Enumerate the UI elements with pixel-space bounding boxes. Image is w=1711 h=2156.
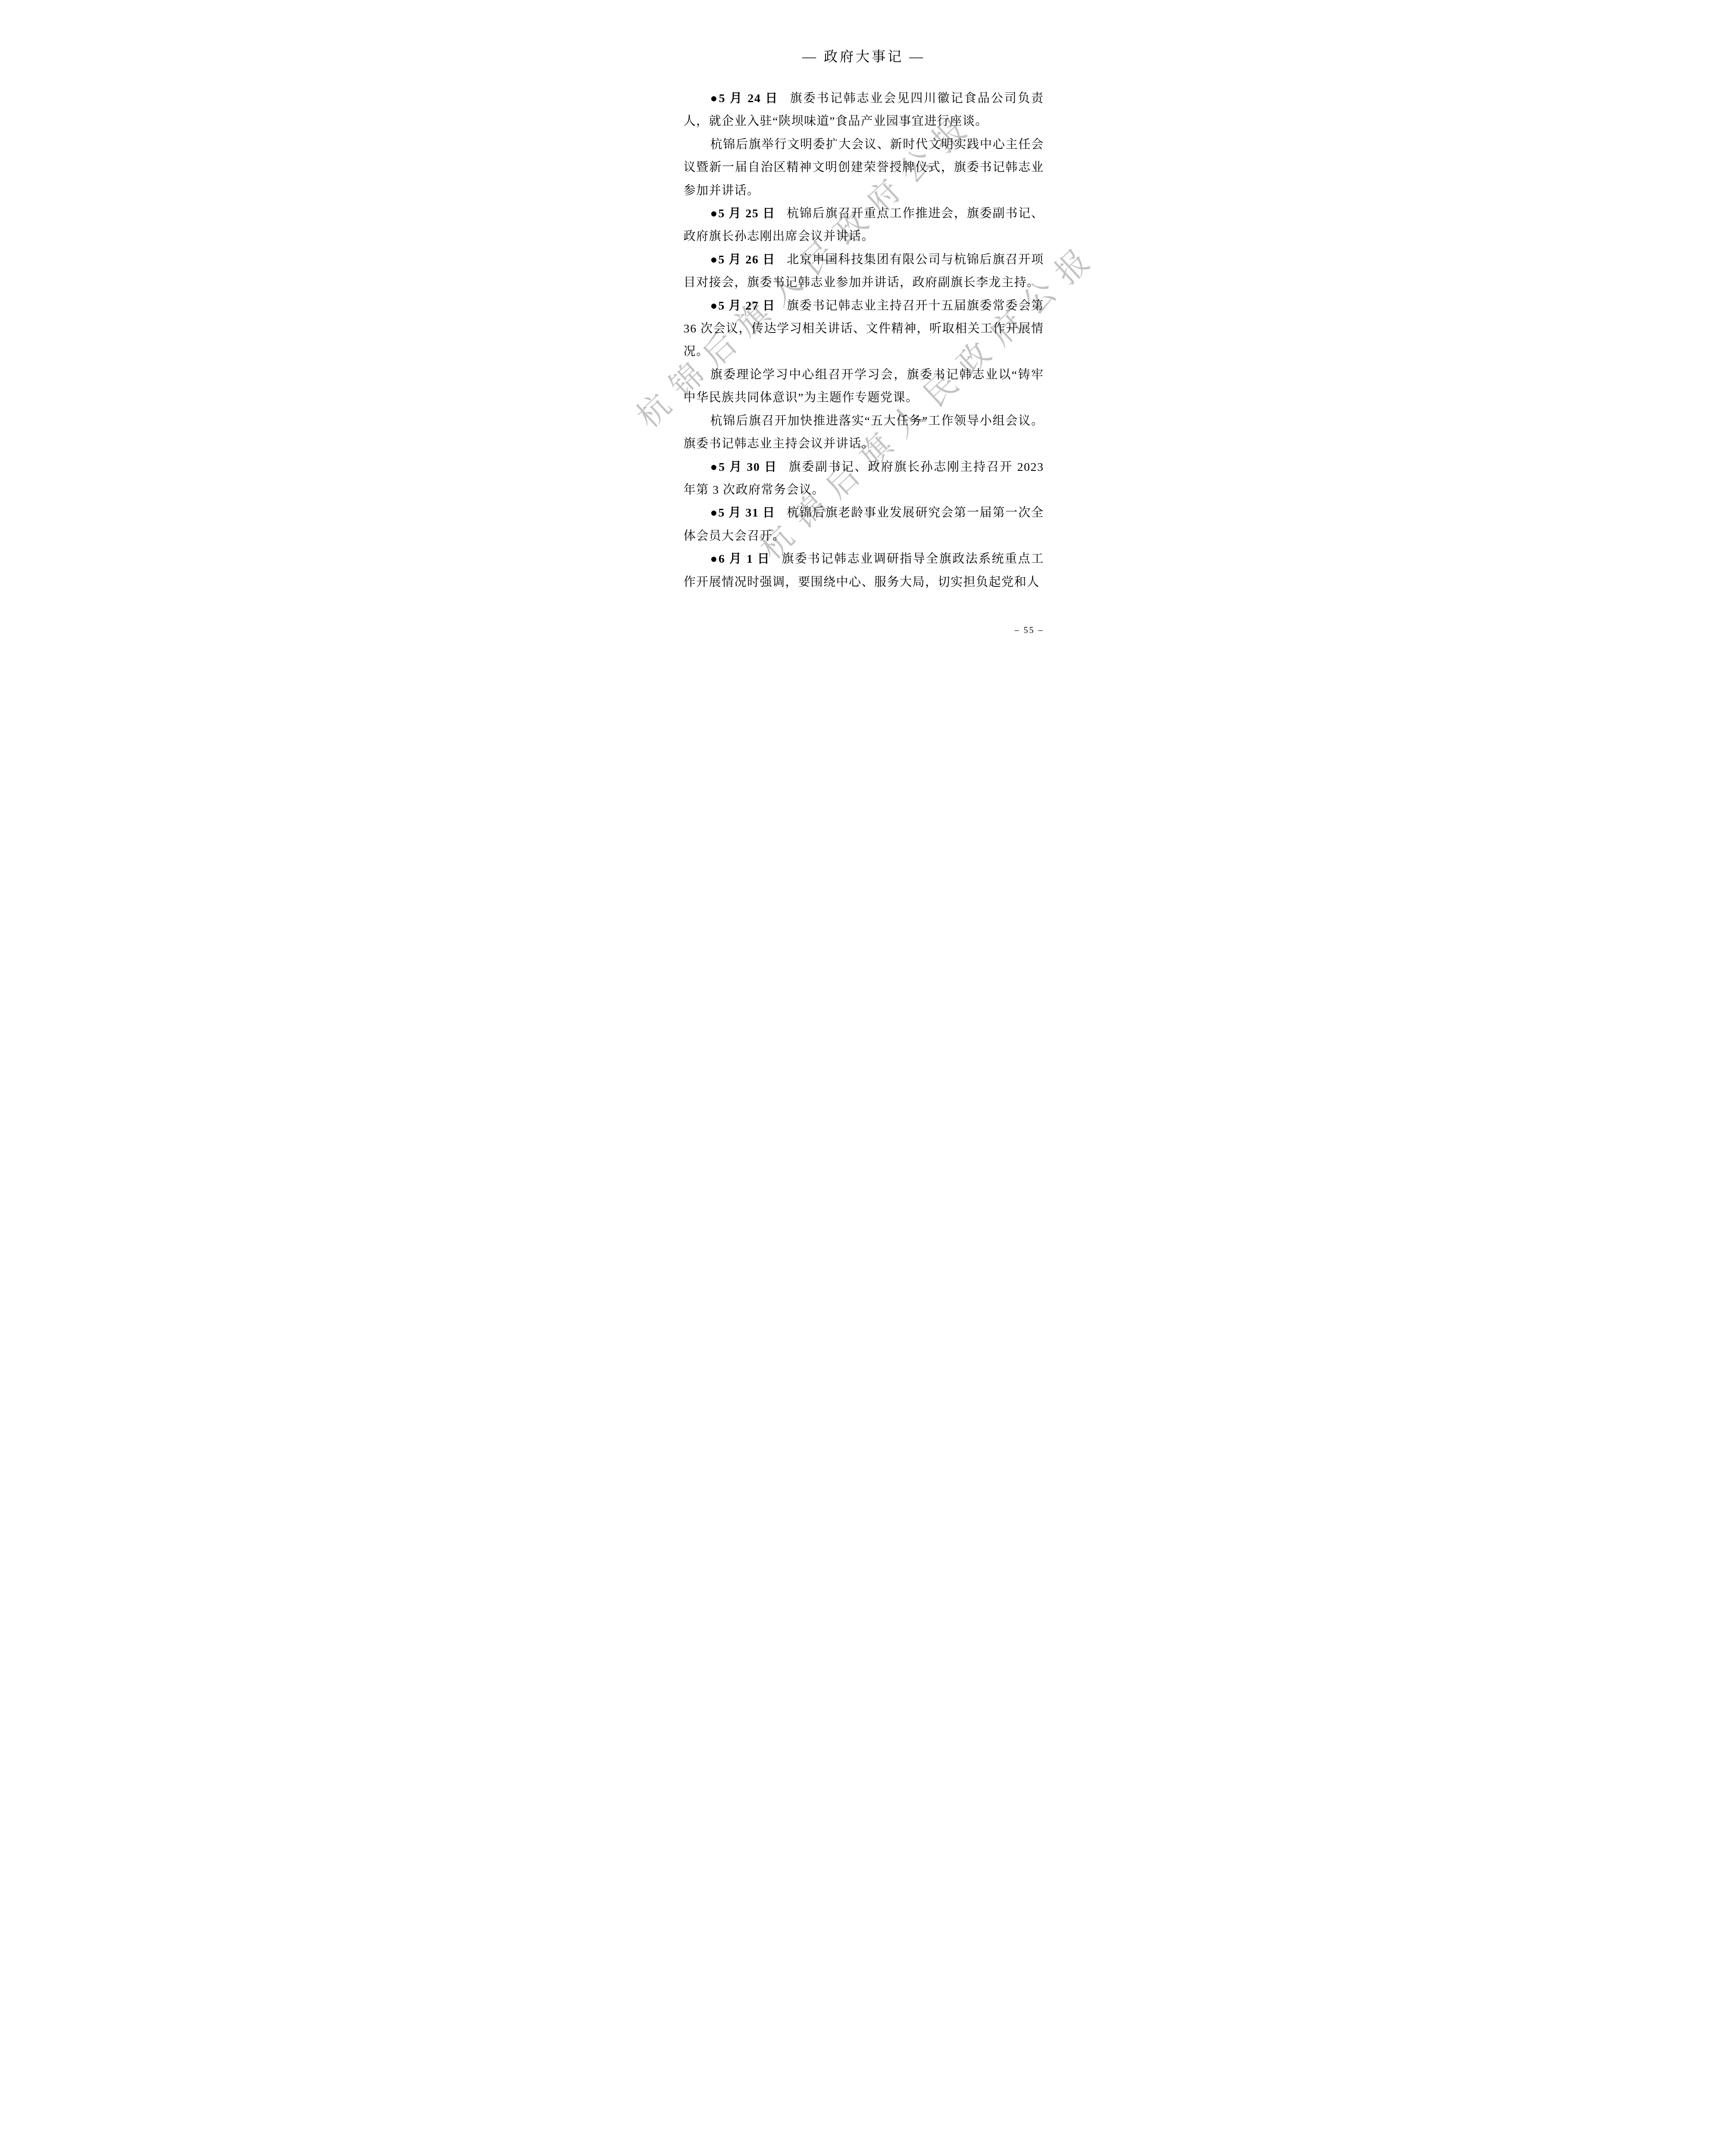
paragraph: ●5 月 25 日杭锦后旗召开重点工作推进会，旗委副书记、政府旗长孙志刚出席会议… xyxy=(684,202,1044,248)
entry-date: ●5 月 24 日 xyxy=(710,92,779,105)
entry-date: ●5 月 26 日 xyxy=(710,253,776,266)
page-number: – 55 – xyxy=(1015,626,1044,636)
entry-date: ●5 月 30 日 xyxy=(710,461,778,474)
paragraph: ●5 月 30 日旗委副书记、政府旗长孙志刚主持召开 2023 年第 3 次政府… xyxy=(684,456,1044,502)
entry-date: ●5 月 27 日 xyxy=(710,299,776,313)
paragraph: ●5 月 27 日旗委书记韩志业主持召开十五届旗委常委会第 36 次会议，传达学… xyxy=(684,295,1044,364)
entry-text: 杭锦后旗举行文明委扩大会议、新时代文明实践中心主任会议暨新一届自治区精神文明创建… xyxy=(684,138,1044,197)
paragraph: ●5 月 31 日杭锦后旗老龄事业发展研究会第一届第一次全体会员大会召开。 xyxy=(684,501,1044,548)
entry-text: 杭锦后旗召开加快推进落实“五大任务”工作领导小组会议。旗委书记韩志业主持会议并讲… xyxy=(684,414,1044,451)
paragraph: ●5 月 24 日旗委书记韩志业会见四川徽记食品公司负责人，就企业入驻“陕坝味道… xyxy=(684,87,1044,133)
page-title: — 政府大事记 — xyxy=(684,46,1044,66)
entry-date: ●6 月 1 日 xyxy=(710,552,771,566)
paragraph: ●6 月 1 日旗委书记韩志业调研指导全旗政法系统重点工作开展情况时强调，要围绕… xyxy=(684,548,1044,594)
paragraph: ●5 月 26 日北京申国科技集团有限公司与杭锦后旗召开项目对接会，旗委书记韩志… xyxy=(684,248,1044,295)
entry-date: ●5 月 25 日 xyxy=(710,207,776,220)
paragraph: 杭锦后旗召开加快推进落实“五大任务”工作领导小组会议。旗委书记韩志业主持会议并讲… xyxy=(684,410,1044,456)
paragraph: 杭锦后旗举行文明委扩大会议、新时代文明实践中心主任会议暨新一届自治区精神文明创建… xyxy=(684,133,1044,202)
paragraph: 旗委理论学习中心组召开学习会，旗委书记韩志业以“铸牢中华民族共同体意识”为主题作… xyxy=(684,364,1044,410)
body-text: ●5 月 24 日旗委书记韩志业会见四川徽记食品公司负责人，就企业入驻“陕坝味道… xyxy=(684,87,1044,594)
entry-date: ●5 月 31 日 xyxy=(710,506,776,520)
document-page: 杭锦后旗人民政府公报 杭锦后旗人民政府公报 — 政府大事记 — ●5 月 24 … xyxy=(619,0,1093,671)
entry-text: 旗委理论学习中心组召开学习会，旗委书记韩志业以“铸牢中华民族共同体意识”为主题作… xyxy=(684,368,1044,404)
